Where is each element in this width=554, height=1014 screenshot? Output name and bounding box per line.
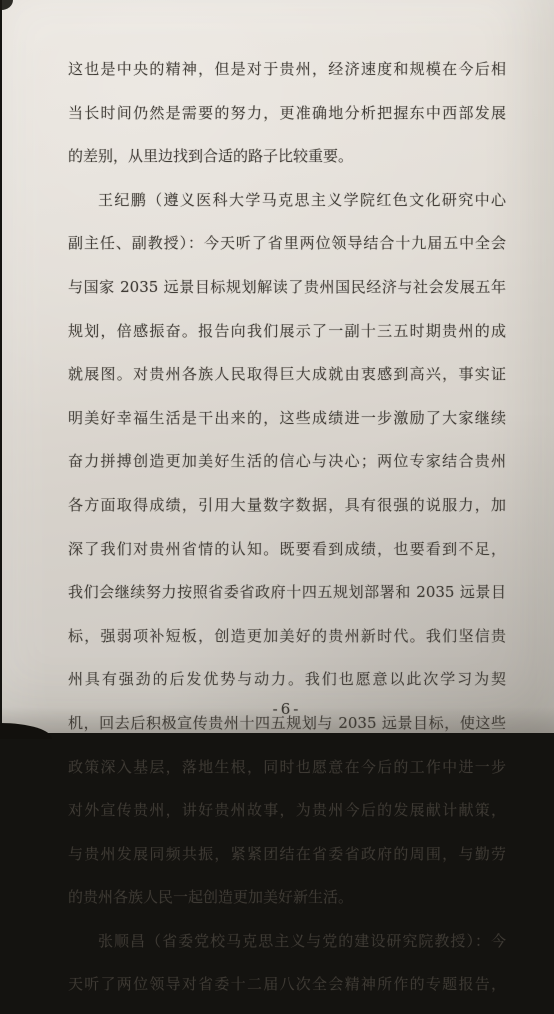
text-line: 王纪鹏（遵义医科大学马克思主义学院红色文化研究中心 (68, 186, 506, 215)
text-line: 标，强弱项补短板，创造更加美好的贵州新时代。我们坚信贵 (68, 622, 506, 651)
text-line: 就展图。对贵州各族人民取得巨大成就由衷感到高兴，事实证 (68, 360, 506, 389)
text-line: 规划，倍感振奋。报告向我们展示了一副十三五时期贵州的成 (68, 317, 506, 346)
document-page: 这也是中央的精神，但是对于贵州，经济速度和规模在今后相 当长时间仍然是需要的努力… (2, 0, 554, 733)
text-line: 这也是中央的精神，但是对于贵州，经济速度和规模在今后相 (68, 55, 506, 84)
text-line: 深了我们对贵州省情的认知。既要看到成绩，也要看到不足， (68, 535, 506, 564)
text-line: 的差别，从里边找到合适的路子比较重要。 (68, 142, 506, 171)
text-line: 我们会继续努力按照省委省政府十四五规划部署和 2035 远景目 (68, 578, 506, 607)
text-line: 奋力拼搏创造更加美好生活的信心与决心；两位专家结合贵州 (68, 447, 506, 476)
text-line: 明美好幸福生活是干出来的，这些成绩进一步激励了大家继续 (68, 404, 506, 433)
page-number: -6- (68, 700, 506, 718)
text-line: 各方面取得成绩，引用大量数字数据，具有很强的说服力，加 (68, 491, 506, 520)
text-line: 与国家 2035 远景目标规划解读了贵州国民经济与社会发展五年 (68, 273, 506, 302)
text-line: 副主任、副教授）：今天听了省里两位领导结合十九届五中全会 (68, 229, 506, 258)
text-line: 当长时间仍然是需要的努力，更准确地分析把握东中西部发展 (68, 99, 506, 128)
text-line: 州具有强劲的后发优势与动力。我们也愿意以此次学习为契 (68, 665, 506, 694)
document-text: 这也是中央的精神，但是对于贵州，经济速度和规模在今后相 当长时间仍然是需要的努力… (68, 40, 506, 739)
